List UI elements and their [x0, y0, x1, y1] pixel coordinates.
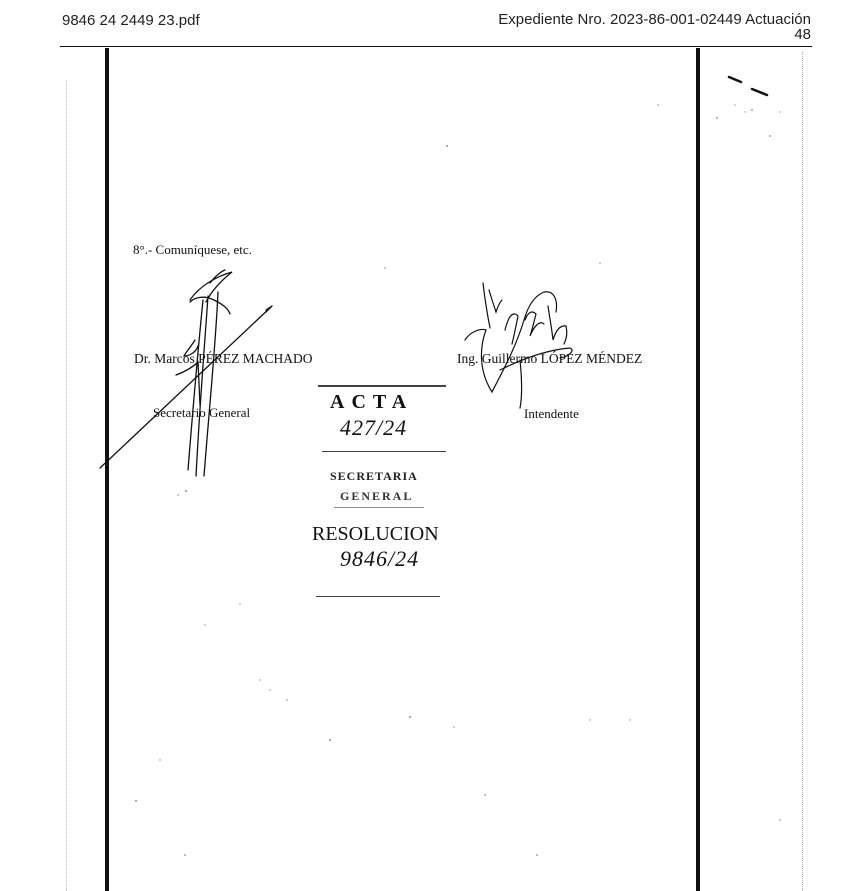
expediente-header: Expediente Nro. 2023-86-001-02449 Actuac… [498, 12, 811, 42]
stamp-dept-line2: GENERAL [340, 489, 413, 504]
stamp-rule-top [318, 385, 446, 387]
stamp-resolucion-label: RESOLUCION [312, 523, 439, 546]
expediente-title: Expediente Nro. 2023-86-001-02449 Actuac… [498, 12, 811, 27]
actuacion-number: 48 [498, 27, 811, 42]
stamp-rule-acta [322, 451, 446, 452]
closing-clause: 8°.- Comuníquese, etc. [133, 242, 252, 258]
signatory-role-secretary: Secretario General [153, 405, 250, 421]
stamp-resolucion-number: 9846/24 [340, 546, 419, 572]
page-border-right [696, 48, 700, 891]
signatory-name-secretary: Dr. Marcos PÉREZ MACHADO [134, 351, 313, 367]
scan-edge-left [66, 80, 68, 891]
stamp-acta-label: ACTA [330, 391, 413, 414]
scan-edge-right [802, 52, 804, 891]
page-border-left [105, 48, 109, 891]
stamp-rule-dept [334, 507, 424, 508]
stamp-dept-line1: SECRETARIA [330, 469, 418, 484]
official-stamp: ACTA 427/24 SECRETARIA GENERAL RESOLUCIO… [312, 383, 452, 603]
pdf-filename: 9846 24 2449 23.pdf [62, 12, 200, 29]
stamp-acta-number: 427/24 [340, 415, 407, 441]
signatory-name-intendente: Ing. Guillermo LÓPEZ MÉNDEZ [457, 351, 642, 367]
signatory-role-intendente: Intendente [524, 406, 579, 422]
stamp-rule-bottom [316, 596, 440, 597]
